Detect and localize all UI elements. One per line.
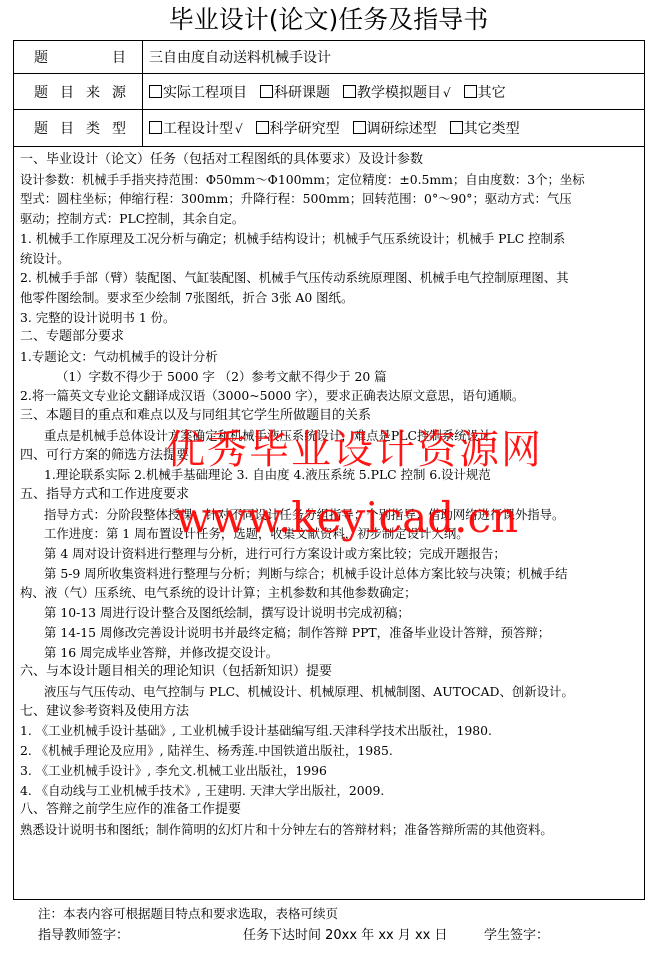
check-mark-icon: √ [443,86,451,100]
section-line: 设计参数：机械手手指夹持范围：Φ50mm～Φ100mm；定位精度：±0.5mm；… [20,170,638,190]
section-line: 第 14-15 周修改完善设计说明书并最终定稿；制作答辩 PPT，准备毕业设计答… [20,623,638,643]
label-char: 目 [60,118,74,138]
checkbox-icon[interactable] [260,85,273,98]
label-char: 源 [112,82,126,102]
option-survey-review[interactable]: 调研综述型 [353,118,437,138]
section-line: 2. 机械手手部（臂）装配图、气缸装配图、机械手气压传动系统原理图、机械手电气控… [20,268,638,288]
section-line: 第 10-13 周进行设计整合及图纸绘制，撰写设计说明书完成初稿； [20,603,638,623]
option-label: 调研综述型 [367,121,437,137]
row-topic-type: 题 目 类 型 工程设计型√ 科学研究型 调研综述型 其它类型 [14,110,644,147]
section-line: 1.专题论文：气动机械手的设计分析 [20,347,638,367]
label-char: 目 [60,82,74,102]
option-label: 其它 [478,85,506,101]
section-line: 1. 机械手工作原理及工况分析与确定；机械手结构设计；机械手气压系统设计；机械手… [20,229,638,249]
checkbox-icon[interactable] [343,85,356,98]
section-line: 他零件图绘制。要求至少绘制 7张图纸，折合 3张 A0 图纸。 [20,288,638,308]
document-title: 毕业设计(论文)任务及指导书 [0,2,657,38]
section-heading-1: 一、毕业设计（论文）任务（包括对工程图纸的具体要求）及设计参数 [20,150,638,170]
option-other[interactable]: 其它 [464,82,506,102]
section-line: 3. 完整的设计说明书 1 份。 [20,308,638,328]
section-line: 第 4 周对设计资料进行整理与分析，进行可行方案设计或方案比较；完成开题报告； [20,544,638,564]
section-line: 型式：圆柱坐标；伸缩行程：300mm；升降行程：500mm；回转范围：0°～90… [20,189,638,209]
option-research-topic[interactable]: 科研课题 [260,82,330,102]
task-content: 一、毕业设计（论文）任务（包括对工程图纸的具体要求）及设计参数 设计参数：机械手… [14,147,644,899]
checkbox-icon[interactable] [464,85,477,98]
topic-value: 三自由度自动送料机械手设计 [143,41,644,73]
section-line: （1）字数不得少于 5000 字 （2）参考文献不得少于 20 篇 [20,367,638,387]
section-heading-6: 六、与本设计题目相关的理论知识（包括新知识）提要 [20,662,638,682]
label-char: 题 [34,118,48,138]
option-other-type[interactable]: 其它类型 [450,118,520,138]
label-char: 题 [34,82,48,102]
label-char: 类 [86,118,100,138]
row-topic: 题 目 三自由度自动送料机械手设计 [14,41,644,74]
checkbox-icon[interactable] [450,121,463,134]
student-signature-label: 学生签字： [484,924,549,943]
reference-item: 4. 《自动线与工业机械手技术》, 王建明. 天津大学出版社，2009. [20,781,638,801]
section-line: 2.将一篇英文专业论文翻译成汉语（3000~5000 字），要求正确表达原文意思… [20,386,638,406]
section-line: 第 5-9 周所收集资料进行整理与分析；判断与综合；机械手设计总体方案比较与决策… [20,564,638,584]
reference-item: 2. 《机械手理论及应用》, 陆祥生、杨秀莲.中国铁道出版社，1985. [20,741,638,761]
section-line: 1.理论联系实际 2.机械手基础理论 3. 自由度 4.液压系统 5.PLC 控… [20,465,638,485]
section-heading-7: 七、建议参考资料及使用方法 [20,702,638,722]
option-actual-project[interactable]: 实际工程项目 [149,82,247,102]
option-label: 实际工程项目 [163,85,247,101]
footer-note: 注：本表内容可根据题目特点和要求选取，表格可续页 [38,904,338,922]
option-label: 工程设计型 [163,121,233,137]
row-topic-source: 题 目 来 源 实际工程项目 科研课题 教学模拟题目√ 其它 [14,74,644,110]
section-line: 工作进度：第 1 周布置设计任务，选题，收集文献资料，初步制定设计大纲。 [20,524,638,544]
label-topic-source: 题 目 来 源 [14,74,143,109]
section-line: 构、液（气）压系统、电气系统的设计计算；主机参数和其他参数确定； [20,583,638,603]
section-heading-4: 四、可行方案的筛选方法提要 [20,446,638,466]
section-line: 驱动；控制方式：PLC控制，其余自定。 [20,209,638,229]
label-topic-type: 题 目 类 型 [14,110,143,146]
section-line: 指导方式：分阶段整体授课；针对不同设计任务分组指导；个别指导；借助网络进行课外指… [20,505,638,525]
check-mark-icon: √ [235,122,243,136]
checkbox-icon[interactable] [256,121,269,134]
checkbox-icon[interactable] [149,121,162,134]
label-char: 来 [86,82,100,102]
section-heading-2: 二、专题部分要求 [20,327,638,347]
label-char: 目 [112,47,126,67]
label-char: 型 [112,118,126,138]
topic-type-options: 工程设计型√ 科学研究型 调研综述型 其它类型 [143,110,644,146]
option-label: 其它类型 [464,121,520,137]
label-topic: 题 目 [14,41,143,73]
option-label: 科学研究型 [270,121,340,137]
section-line: 第 16 周完成毕业答辩，并修改提交设计。 [20,643,638,663]
topic-source-options: 实际工程项目 科研课题 教学模拟题目√ 其它 [143,74,644,109]
option-label: 科研课题 [274,85,330,101]
section-line: 重点是机械手总体设计方案确定和机械手液压系统设计，难点是PLC控制系统设计。 [20,426,638,446]
option-engineering-design[interactable]: 工程设计型√ [149,118,243,138]
section-heading-8: 八、答辩之前学生应作的准备工作提要 [20,800,638,820]
option-teaching-simulation[interactable]: 教学模拟题目√ [343,82,451,102]
reference-item: 1. 《工业机械手设计基础》, 工业机械手设计基础编写组.天津科学技术出版社，1… [20,721,638,741]
option-label: 教学模拟题目 [357,85,441,101]
advisor-signature-label: 指导教师签字： [38,924,129,943]
section-line: 液压与气压传动、电气控制与 PLC、机械设计、机械原理、机械制图、AUTOCAD… [20,682,638,702]
label-char: 题 [34,47,48,67]
section-line: 统设计。 [20,249,638,269]
section-heading-3: 三、本题目的重点和难点以及与同组其它学生所做题目的关系 [20,406,638,426]
task-form-table: 题 目 三自由度自动送料机械手设计 题 目 来 源 实际工程项目 科研课题 教学… [13,40,645,900]
section-line: 熟悉设计说明书和图纸；制作简明的幻灯片和十分钟左右的答辩材料；准备答辩所需的其他… [20,820,638,840]
checkbox-icon[interactable] [149,85,162,98]
option-scientific-research[interactable]: 科学研究型 [256,118,340,138]
checkbox-icon[interactable] [353,121,366,134]
issue-date: 任务下达时间 20xx 年 xx 月 xx 日 [243,924,448,943]
section-heading-5: 五、指导方式和工作进度要求 [20,485,638,505]
reference-item: 3. 《工业机械手设计》, 李允文.机械工业出版社，1996 [20,761,638,781]
